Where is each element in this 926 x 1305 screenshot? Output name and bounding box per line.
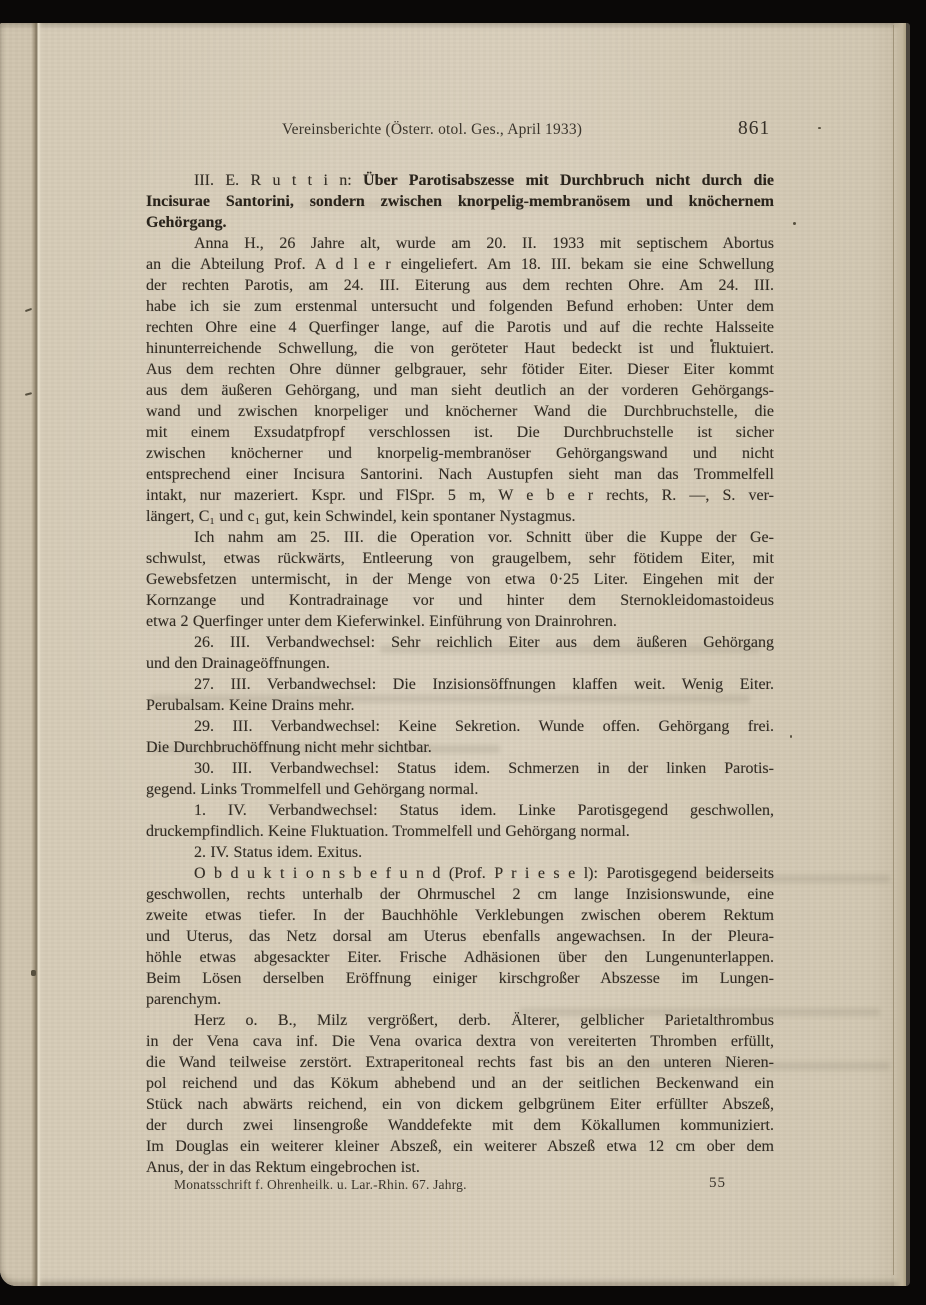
paragraph-line: höhle etwas abgesackter Eiter. Frische A… <box>146 947 774 968</box>
paragraph-line: rechten Ohre eine 4 Querfinger lange, au… <box>146 317 774 338</box>
running-head: Vereinsberichte (Österr. otol. Ges., Apr… <box>146 121 794 145</box>
paragraph-line: Stück nach abwärts reichend, ein von dic… <box>146 1094 774 1115</box>
paragraph-line: wand und zwischen knorpeliger und knöche… <box>146 401 774 422</box>
scanned-book-photo: Vereinsberichte (Österr. otol. Ges., Apr… <box>0 0 926 1305</box>
sheet-number: 55 <box>709 1175 726 1192</box>
page-number: 861 <box>738 118 770 140</box>
paragraph-line: entsprechend einer Incisura Santorini. N… <box>146 464 774 485</box>
page-footer: Monatsschrift f. Ohrenheilk. u. Lar.-Rhi… <box>174 1175 834 1195</box>
paragraph-line: 27. III. Verbandwechsel: Die Inzisionsöf… <box>146 674 774 695</box>
paragraph-line: 30. III. Verbandwechsel: Status idem. Sc… <box>146 758 774 779</box>
paragraph-line: intakt, nur mazeriert. Kspr. und FlSpr. … <box>146 485 774 506</box>
paragraph-line: parenchym. <box>146 989 774 1010</box>
paragraph-line: druckempfindlich. Keine Fluktuation. Tro… <box>146 821 774 842</box>
paragraph-line: Perubalsam. Keine Drains mehr. <box>146 695 774 716</box>
paragraph-line: Im Douglas ein weiterer kleiner Abszeß, … <box>146 1136 774 1157</box>
gutter-crease <box>31 23 43 1286</box>
paragraph-line: in der Vena cava inf. Die Vena ovarica d… <box>146 1031 774 1052</box>
paragraph-line: Herz o. B., Milz vergrößert, derb. Älter… <box>146 1010 774 1031</box>
paragraph-line: 26. III. Verbandwechsel: Sehr reichlich … <box>146 632 774 653</box>
paragraph-line: Die Durchbruchöffnung nicht mehr sichtba… <box>146 737 774 758</box>
paragraph-line: schwulst, etwas rückwärts, Entleerung vo… <box>146 548 774 569</box>
paper-speck <box>818 127 821 129</box>
paragraph-line: Aus dem rechten Ohre dünner gelbgrauer, … <box>146 359 774 380</box>
paragraph-line: längert, C₁ und c₁ gut, kein Schwindel, … <box>146 506 774 527</box>
crease-nick <box>31 970 36 976</box>
margin-mark <box>25 392 32 396</box>
heading-line: Incisurae Santorini, sondern zwischen kn… <box>146 191 774 212</box>
paragraph-line: und Uterus, das Netz dorsal am Uterus eb… <box>146 926 774 947</box>
paragraph-line: hinunterreichende Schwellung, die von ge… <box>146 338 774 359</box>
paragraph-line: und den Drainageöffnungen. <box>146 653 774 674</box>
paragraph-line: Beim Lösen derselben Eröffnung einiger k… <box>146 968 774 989</box>
paragraph-line: gegend. Links Trommelfell und Gehörgang … <box>146 779 774 800</box>
paragraph-line: aus dem äußeren Gehörgang, und man sieht… <box>146 380 774 401</box>
page-edge-shading <box>894 23 906 1286</box>
paragraph-line: 29. III. Verbandwechsel: Keine Sekretion… <box>146 716 774 737</box>
paper-speck <box>793 222 796 225</box>
paragraph-line: an die Abteilung Prof. A d l e r eingeli… <box>146 254 774 275</box>
margin-mark <box>25 308 32 312</box>
paragraph-line: Anna H., 26 Jahre alt, wurde am 20. II. … <box>146 233 774 254</box>
paper-speck <box>790 735 792 738</box>
book-page: Vereinsberichte (Österr. otol. Ges., Apr… <box>0 23 910 1286</box>
paragraph-line: habe ich sie zum erstenmal untersucht un… <box>146 296 774 317</box>
paragraph-line: O b d u k t i o n s b e f u n d (Prof. P… <box>146 863 774 884</box>
text-block: III. E. R u t t i n: Über Parotisabszess… <box>146 170 774 1178</box>
heading-line: Gehörgang. <box>146 212 774 233</box>
paragraph-line: 1. IV. Verbandwechsel: Status idem. Link… <box>146 800 774 821</box>
paragraph-line: geschwollen, rechts unterhalb der Ohrmus… <box>146 884 774 905</box>
article-title-text: Über Parotisabszesse mit Durchbruch nich… <box>363 172 774 189</box>
journal-imprint: Monatsschrift f. Ohrenheilk. u. Lar.-Rhi… <box>174 1177 467 1193</box>
paragraph-line: der rechten Parotis, am 24. III. Eiterun… <box>146 275 774 296</box>
paragraph-line: die Wand teilweise zerstört. Extraperito… <box>146 1052 774 1073</box>
paragraph-line: Kornzange und Kontradrainage vor und hin… <box>146 590 774 611</box>
journal-header-text: Vereinsberichte (Österr. otol. Ges., Apr… <box>282 121 582 139</box>
paragraph-line: mit einem Exsudatpfropf verschlossen ist… <box>146 422 774 443</box>
paragraph-line: Gewebsfetzen untermischt, in der Menge v… <box>146 569 774 590</box>
paragraph-line: 2. IV. Status idem. Exitus. <box>146 842 774 863</box>
heading-line: III. E. R u t t i n: Über Parotisabszess… <box>146 170 774 191</box>
paragraph-line: zwischen knöcherner und knorpelig-membra… <box>146 443 774 464</box>
paragraph-line: der durch zwei linsengroße Wanddefekte m… <box>146 1115 774 1136</box>
author-name: III. E. R u t t i n: <box>194 172 363 189</box>
paragraph-line: Ich nahm am 25. III. die Operation vor. … <box>146 527 774 548</box>
paragraph-line: etwa 2 Querfinger unter dem Kieferwinkel… <box>146 611 774 632</box>
paragraph-line: zweite etwas tiefer. In der Bauchhöhle V… <box>146 905 774 926</box>
paragraph-line: pol reichend und das Kökum abhebend und … <box>146 1073 774 1094</box>
